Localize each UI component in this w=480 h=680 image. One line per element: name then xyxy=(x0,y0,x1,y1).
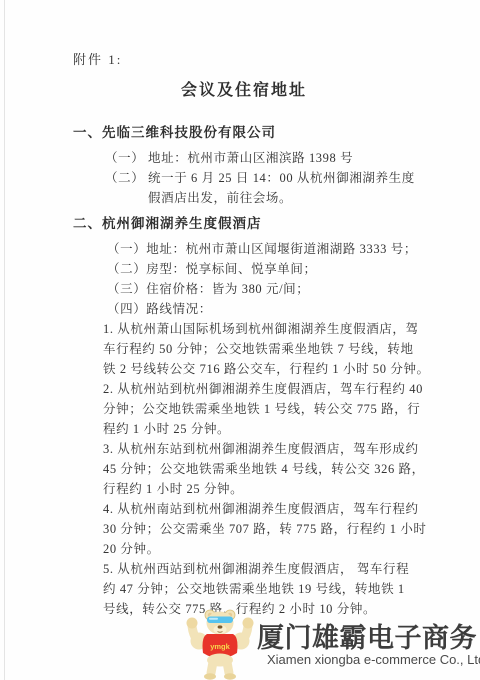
route-list: 1. 从杭州萧山国际机场到杭州御湘湖养生度假酒店，驾 车行程约 50 分钟；公交… xyxy=(73,319,415,619)
list-item: （二） 统一于 6 月 25 日 14：00 从杭州御湘湖养生度 xyxy=(73,168,415,188)
mascot-shirt-text: ymgk xyxy=(210,642,230,651)
route-1-line: 1. 从杭州萧山国际机场到杭州御湘湖养生度假酒店，驾 xyxy=(73,319,415,339)
route-1-line: 车行程约 50 分钟；公交地铁需乘坐地铁 7 号线，转地 xyxy=(73,339,415,359)
list-item-continuation: 假酒店出发，前往会场。 xyxy=(73,188,415,208)
list-item: （一） 地址：杭州市萧山区湘滨路 1398 号 xyxy=(73,148,415,168)
section-2-number: 二、 xyxy=(73,216,102,231)
route-1-line: 铁 2 号线转公交 716 路公交车，行程约 1 小时 50 分钟。 xyxy=(73,359,415,379)
document-content: 附件 1: 会议及住宿地址 一、先临三维科技股份有限公司 （一） 地址：杭州市萧… xyxy=(73,50,415,619)
route-5-line: 约 47 分钟；公交地铁需乘坐地铁 19 号线，转地铁 1 xyxy=(73,579,415,599)
document-page: 附件 1: 会议及住宿地址 一、先临三维科技股份有限公司 （一） 地址：杭州市萧… xyxy=(0,0,480,680)
attachment-label: 附件 1: xyxy=(73,50,415,70)
page-edge-line xyxy=(4,0,5,680)
section-1-items: （一） 地址：杭州市萧山区湘滨路 1398 号 （二） 统一于 6 月 25 日… xyxy=(73,148,415,208)
route-2-line: 2. 从杭州站到杭州御湘湖养生度假酒店，驾车行程约 40 xyxy=(73,379,415,399)
section-1-number: 一、 xyxy=(73,125,102,140)
list-item: （四）路线情况： xyxy=(73,299,415,319)
watermark-footer: ymgk 厦门雄霸电子商务 Xiamen xiongba e-commerce … xyxy=(0,604,480,680)
route-4-line: 30 分钟；公交需乘坐 707 路，转 775 路，行程约 1 小时 xyxy=(73,519,415,539)
route-2-line: 程约 1 小时 25 分钟。 xyxy=(73,419,415,439)
route-3-line: 行程约 1 小时 25 分钟。 xyxy=(73,479,415,499)
section-2-title: 杭州御湘湖养生度假酒店 xyxy=(102,216,262,231)
section-2-items: （一）地址：杭州市萧山区闻堰街道湘湖路 3333 号； （二）房型：悦享标间、悦… xyxy=(73,239,415,319)
muscle-bear-mascot-icon: ymgk xyxy=(183,606,257,680)
route-4-line: 20 分钟。 xyxy=(73,539,415,559)
route-3-line: 45 分钟；公交地铁需乘坐地铁 4 号线，转公交 326 路， xyxy=(73,459,415,479)
page-title: 会议及住宿地址 xyxy=(73,81,415,101)
list-item: （一）地址：杭州市萧山区闻堰街道湘湖路 3333 号； xyxy=(73,239,415,259)
section-1-title: 先临三维科技股份有限公司 xyxy=(102,125,276,140)
section-1-heading: 一、先临三维科技股份有限公司 xyxy=(73,123,415,143)
list-item: （三）住宿价格：皆为 380 元/间； xyxy=(73,279,415,299)
list-item: （二）房型：悦享标间、悦享单间； xyxy=(73,259,415,279)
watermark-company-name-en: Xiamen xiongba e-commerce Co., Ltd xyxy=(267,652,480,667)
watermark-company-name-cn: 厦门雄霸电子商务 xyxy=(257,616,477,655)
section-2-heading: 二、杭州御湘湖养生度假酒店 xyxy=(73,214,415,234)
route-3-line: 3. 从杭州东站到杭州御湘湖养生度假酒店，驾车形成约 xyxy=(73,439,415,459)
route-2-line: 分钟；公交地铁需乘坐地铁 1 号线，转公交 775 路，行 xyxy=(73,399,415,419)
route-5-line: 5. 从杭州西站到杭州御湘湖养生度假酒店， 驾车行程 xyxy=(73,559,415,579)
route-4-line: 4. 从杭州南站到杭州御湘湖养生度假酒店，驾车行程约 xyxy=(73,499,415,519)
